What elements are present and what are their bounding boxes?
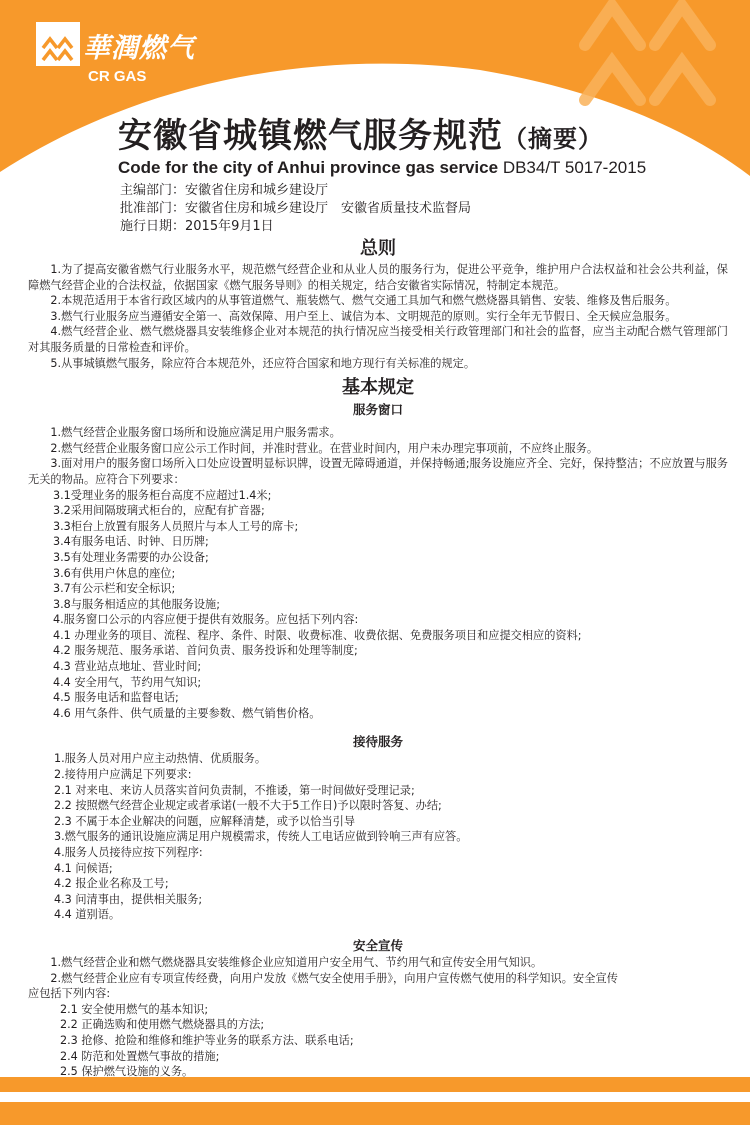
- list-item: 2.1 安全使用燃气的基本知识;: [28, 1002, 728, 1018]
- general-paragraph: 5.从事城镇燃气服务，除应符合本规范外，还应符合国家和地方现行有关标准的规定。: [28, 356, 728, 372]
- page-title: 安徽省城镇燃气服务规范（摘要）: [118, 108, 603, 157]
- document-meta: 主编部门：安徽省住房和城乡建设厅 批准部门：安徽省住房和城乡建设厅 安徽省质量技…: [120, 182, 471, 236]
- subtitle-en: Code for the city of Anhui province gas …: [118, 158, 498, 177]
- list-item: 4.2 报企业名称及工号;: [28, 876, 728, 892]
- list-item: 4.4 安全用气，节约用气知识;: [28, 675, 728, 691]
- meta-editor: 主编部门：安徽省住房和城乡建设厅: [120, 182, 471, 200]
- list-item: 3.7有公示栏和安全标识;: [28, 581, 728, 597]
- list-item: 4.1 办理业务的项目、流程、程序、条件、时限、收费标准、收费依据、免费服务项目…: [28, 628, 728, 644]
- list-item: 4.6 用气条件、供气质量的主要参数、燃气销售价格。: [28, 706, 728, 722]
- list-item: 2.2 按照燃气经营企业规定或者承诺(一般不大于5工作日)予以限时答复、办结;: [28, 798, 728, 814]
- meta-approver: 批准部门：安徽省住房和城乡建设厅 安徽省质量技术监督局: [120, 200, 471, 218]
- list-item: 3.6有供用户休息的座位;: [28, 566, 728, 582]
- list-item: 4.服务人员接待应按下列程序:: [28, 845, 728, 861]
- list-item: 4.4 道别语。: [28, 907, 728, 923]
- subsection-heading-service-window: 服务窗口: [28, 401, 728, 419]
- title-suffix: （摘要）: [503, 125, 603, 153]
- cr-gas-logo-icon: [36, 22, 80, 66]
- general-paragraph: 1.为了提高安徽省燃气行业服务水平，规范燃气经营企业和从业人员的服务行为，促进公…: [28, 262, 728, 293]
- general-paragraph: 3.燃气行业服务应当遵循安全第一、高效保障、用户至上、诚信为本、文明规范的原则。…: [28, 309, 728, 325]
- footer-stripe-top: [0, 1077, 750, 1092]
- footer-stripe-bottom: [0, 1102, 750, 1125]
- list-item: 2.4 防范和处置燃气事故的措施;: [28, 1049, 728, 1065]
- section-heading-basic: 基本规定: [28, 375, 728, 401]
- title-main: 安徽省城镇燃气服务规范: [118, 116, 503, 156]
- list-item: 3.2采用间隔玻璃式柜台的，应配有扩音器;: [28, 503, 728, 519]
- list-item: 4.3 问清事由，提供相关服务;: [28, 892, 728, 908]
- list-item: 4.3 营业站点地址、营业时间;: [28, 659, 728, 675]
- list-item: 3.8与服务相适应的其他服务设施;: [28, 597, 728, 613]
- safety-paragraph: 2.燃气经营企业应有专项宣传经费，向用户发放《燃气安全使用手册》，向用户宣传燃气…: [28, 971, 618, 1002]
- logo-chinese-name: 華潤燃气: [83, 26, 195, 65]
- list-item: 1.服务人员对用户应主动热情、优质服务。: [28, 751, 728, 767]
- document-body: 总则 1.为了提高安徽省燃气行业服务水平，规范燃气经营企业和从业人员的服务行为，…: [28, 236, 728, 1080]
- list-item: 2.2 正确选购和使用燃气燃烧器具的方法;: [28, 1017, 728, 1033]
- general-paragraph: 2.本规范适用于本省行政区域内的从事管道燃气、瓶装燃气、燃气交通工具加气和燃气燃…: [28, 293, 728, 309]
- meta-effective-date: 施行日期：2015年9月1日: [120, 218, 471, 236]
- list-item: 2.3 不属于本企业解决的问题，应解释清楚，或予以恰当引导: [28, 814, 728, 830]
- logo-english-name: CR GAS: [88, 68, 146, 85]
- list-item: 2.3 抢修、抢险和维修和维护等业务的联系方法、联系电话;: [28, 1033, 728, 1049]
- subsection-heading-reception: 接待服务: [28, 733, 728, 751]
- list-item: 2.接待用户应满足下列要求:: [28, 767, 728, 783]
- service-window-paragraph: 3.面对用户的服务窗口场所入口处应设置明显标识牌，设置无障碍通道，并保持畅通;服…: [28, 456, 728, 487]
- list-item: 2.1 对来电、来访人员落实首问负责制，不推诿，第一时间做好受理记录;: [28, 783, 728, 799]
- list-item: 3.燃气服务的通讯设施应满足用户规模需求，传统人工电话应做到铃响三声有应答。: [28, 829, 728, 845]
- safety-paragraph: 1.燃气经营企业和燃气燃烧器具安装维修企业应知道用户安全用气、节约用气和宣传安全…: [28, 955, 618, 971]
- list-item: 3.4有服务电话、时钟、日历牌;: [28, 534, 728, 550]
- list-item: 4.1 问候语;: [28, 861, 728, 877]
- subsection-heading-safety: 安全宣传: [28, 937, 728, 955]
- list-item: 3.1受理业务的服务柜台高度不应超过1.4米;: [28, 488, 728, 504]
- service-window-paragraph: 1.燃气经营企业服务窗口场所和设施应满足用户服务需求。: [28, 425, 728, 441]
- standard-number: DB34/T 5017-2015: [503, 158, 646, 177]
- english-subtitle: Code for the city of Anhui province gas …: [118, 158, 646, 178]
- list-item: 4.2 服务规范、服务承诺、首问负责、服务投诉和处理等制度;: [28, 643, 728, 659]
- list-item: 3.3柜台上放置有服务人员照片与本人工号的席卡;: [28, 519, 728, 535]
- general-paragraph: 4.燃气经营企业、燃气燃烧器具安装维修企业对本规范的执行情况应当接受相关行政管理…: [28, 324, 728, 355]
- service-window-paragraph: 2.燃气经营企业服务窗口应公示工作时间，并准时营业。在营业时间内，用户未办理完事…: [28, 441, 728, 457]
- list-item: 4.服务窗口公示的内容应便于提供有效服务。应包括下列内容:: [28, 612, 728, 628]
- list-item: 3.5有处理业务需要的办公设备;: [28, 550, 728, 566]
- list-item: 4.5 服务电话和监督电话;: [28, 690, 728, 706]
- section-heading-general: 总则: [28, 236, 728, 262]
